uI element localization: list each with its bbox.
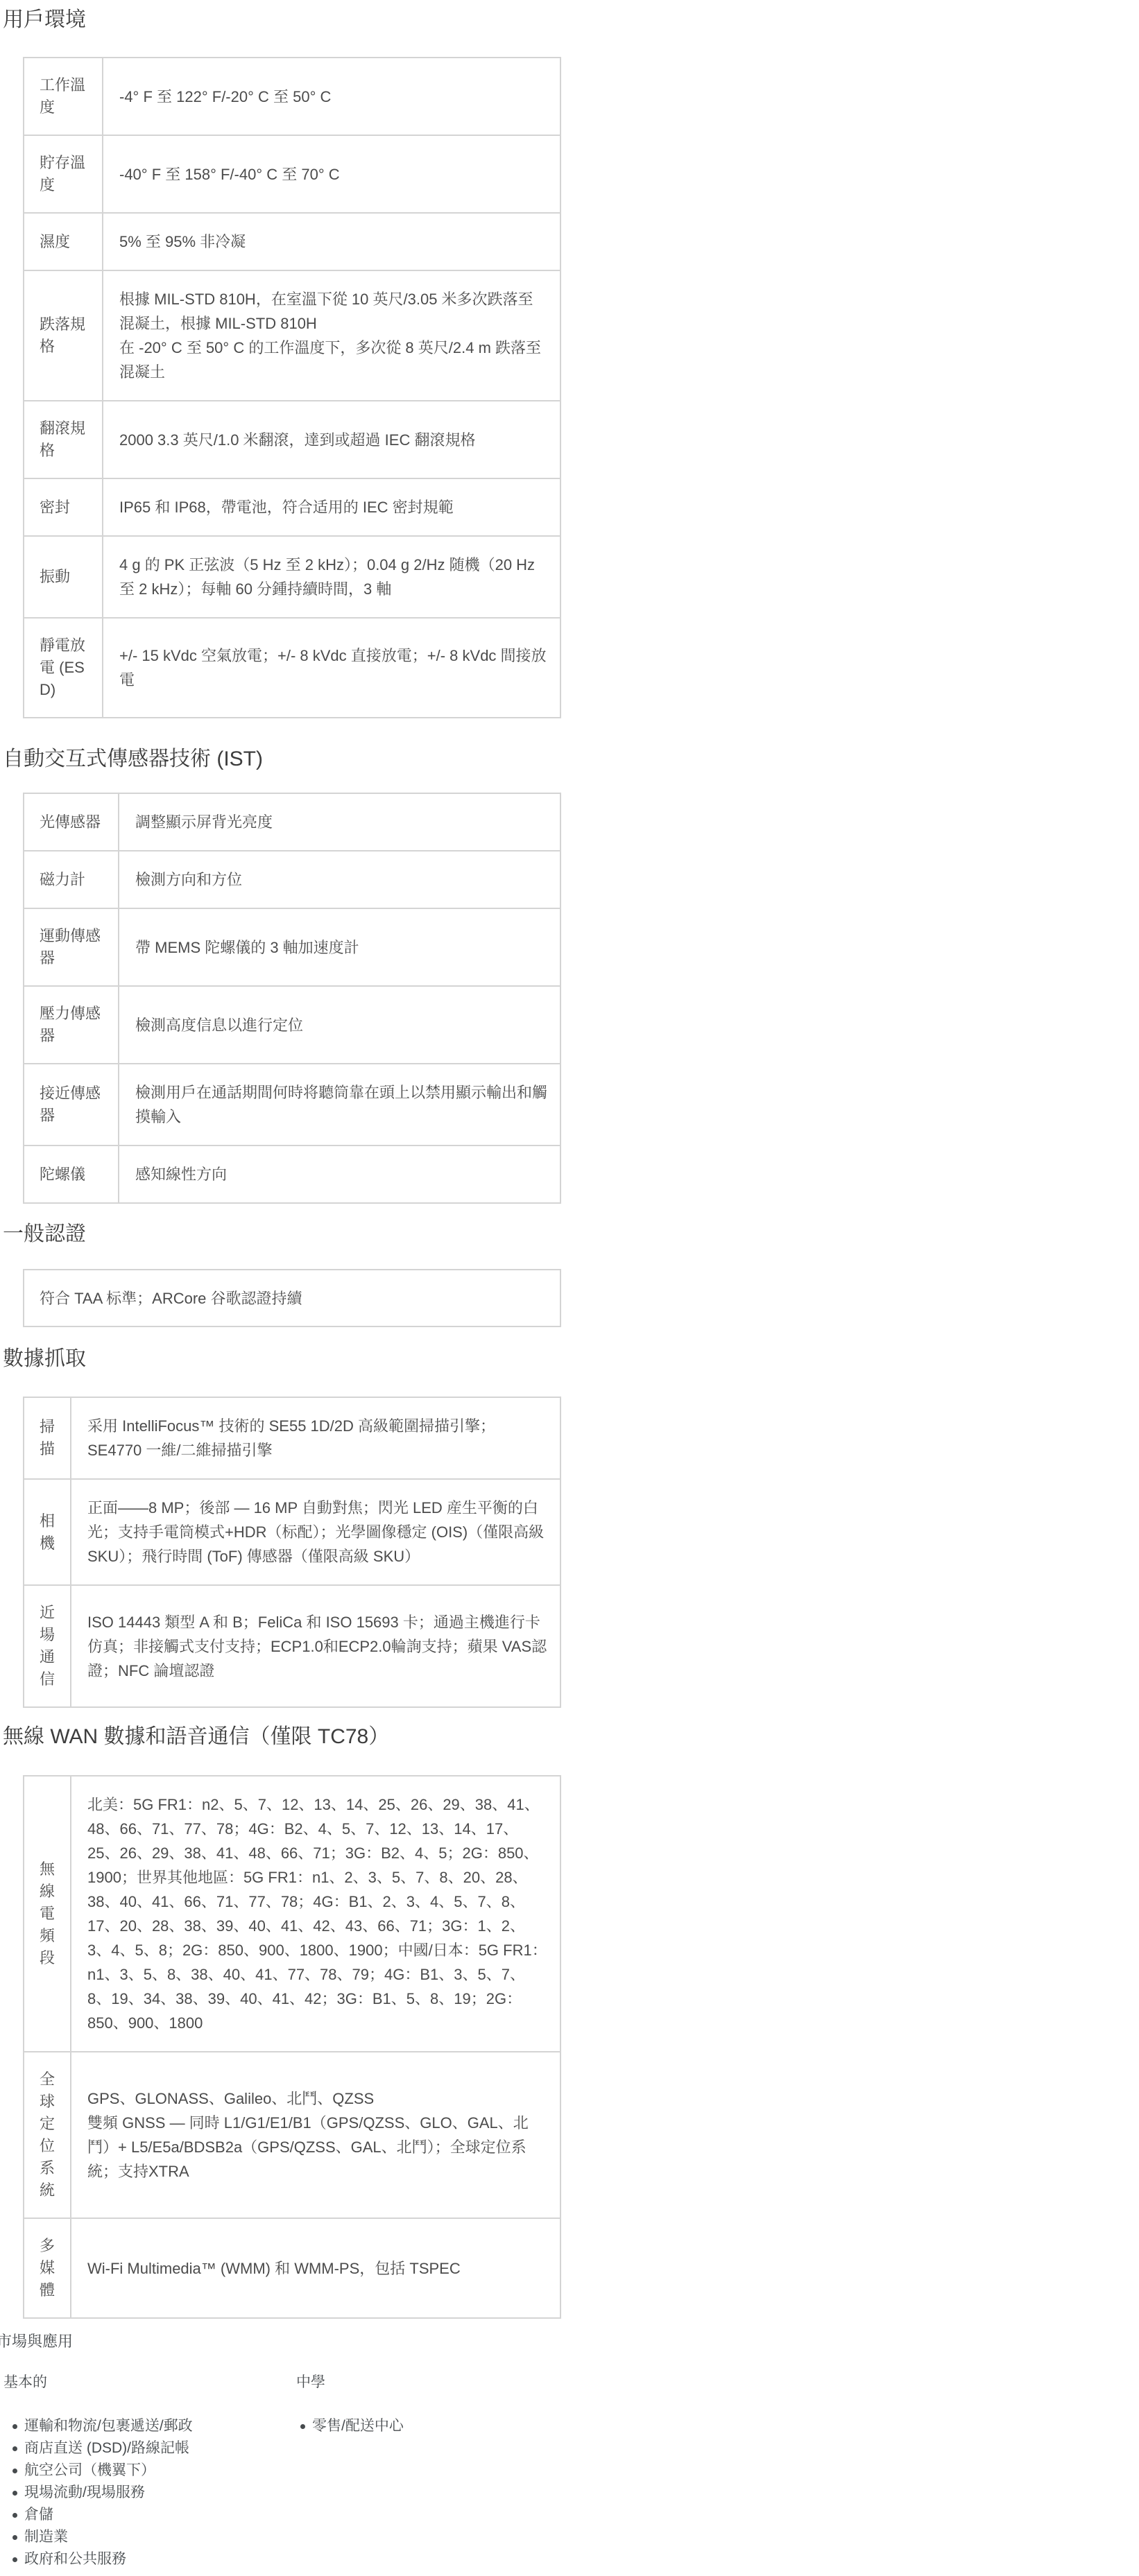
market-list-item: 零售/配送中心 — [300, 2415, 571, 2437]
table-row: 濕度 5% 至 95% 非冷凝 — [24, 213, 560, 270]
table-row: 工作溫度 -4° F 至 122° F/-20° C 至 50° C — [24, 58, 560, 135]
spec-label: 翻滾規格 — [24, 401, 103, 478]
certifications-text: 符合 TAA 标準；ARCore 谷歌認證持續 — [40, 1286, 302, 1311]
table-row: 跌落規格 根據 MIL-STD 810H，在室溫下從 10 英尺/3.05 米多… — [24, 270, 560, 401]
table-row: 振動 4 g 的 PK 正弦波（5 Hz 至 2 kHz）；0.04 g 2/H… — [24, 536, 560, 618]
table-row: 靜電放電 (ESD) +/- 15 kVdc 空氣放電；+/- 8 kVdc 直… — [24, 618, 560, 718]
spec-value: -40° F 至 158° F/-40° C 至 70° C — [103, 135, 560, 213]
table-row: 相機 正面——8 MP；後部 — 16 MP 自動對焦；閃光 LED 産生平衡的… — [24, 1479, 560, 1585]
market-list-item: 運輸和物流/包裹遞送/郵政 — [12, 2415, 283, 2437]
spec-value: 2000 3.3 英尺/1.0 米翻滾，達到或超過 IEC 翻滾規格 — [103, 401, 560, 478]
spec-sheet-page: { "page": { "background": "#ffffff", "te… — [0, 0, 1139, 2576]
market-list-item: 政府和公共服務 — [12, 2548, 283, 2570]
spec-value: 帶 MEMS 陀螺儀的 3 軸加速度計 — [119, 908, 560, 986]
spec-value: IP65 和 IP68，帶電池，符合适用的 IEC 密封規範 — [103, 478, 560, 536]
table-row: 壓力傳感器 檢測高度信息以進行定位 — [24, 986, 560, 1064]
spec-value: 調整顯示屏背光亮度 — [119, 793, 560, 851]
table-row: 陀螺儀 感知線性方向 — [24, 1146, 560, 1203]
spec-value: Wi-Fi Multimedia™ (WMM) 和 WMM-PS，包括 TSPE… — [71, 2218, 560, 2318]
bullet-icon — [300, 2424, 305, 2429]
spec-label: 跌落規格 — [24, 270, 103, 401]
spec-label: 無線電頻段 — [24, 1776, 71, 2052]
section-title-wireless-wan: 無線 WAN 數據和語音通信（僅限 TC78） — [3, 1722, 389, 1752]
spec-label: 壓力傳感器 — [24, 986, 119, 1064]
spec-value: 4 g 的 PK 正弦波（5 Hz 至 2 kHz）；0.04 g 2/Hz 随… — [103, 536, 560, 618]
table-row: 翻滾規格 2000 3.3 英尺/1.0 米翻滾，達到或超過 IEC 翻滾規格 — [24, 401, 560, 478]
spec-label: 接近傳感器 — [24, 1064, 119, 1146]
spec-label: 相機 — [24, 1479, 71, 1585]
market-list-item: 現場流動/現場服務 — [12, 2482, 283, 2504]
table-row: 接近傳感器 檢測用戶在通話期間何時将聽筒靠在頭上以禁用顯示輸出和觸摸輸入 — [24, 1064, 560, 1146]
section-title-user-environment: 用戶環境 — [3, 5, 86, 35]
table-row: 密封 IP65 和 IP68，帶電池，符合适用的 IEC 密封規範 — [24, 478, 560, 536]
spec-value: 檢測方向和方位 — [119, 851, 560, 908]
table-row: 多媒體 Wi-Fi Multimedia™ (WMM) 和 WMM-PS，包括 … — [24, 2218, 560, 2318]
market-list-item: 商店直送 (DSD)/路線記帳 — [12, 2437, 283, 2460]
spec-value: 根據 MIL-STD 810H，在室溫下從 10 英尺/3.05 米多次跌落至混… — [103, 270, 560, 401]
spec-value: 采用 IntelliFocus™ 技術的 SE55 1D/2D 高級範圍掃描引擎… — [71, 1397, 560, 1479]
spec-value: 5% 至 95% 非冷凝 — [103, 213, 560, 270]
market-item-label: 現場流動/現場服務 — [24, 2484, 145, 2500]
spec-value: -4° F 至 122° F/-20° C 至 50° C — [103, 58, 560, 135]
spec-label: 振動 — [24, 536, 103, 618]
table-row: 磁力計 檢測方向和方位 — [24, 851, 560, 908]
bullet-icon — [12, 2557, 17, 2562]
spec-label: 多媒體 — [24, 2218, 71, 2318]
table-row: 運動傳感器 帶 MEMS 陀螺儀的 3 軸加速度計 — [24, 908, 560, 986]
market-list-item: 航空公司（機翼下） — [12, 2460, 283, 2482]
markets-heading: 市場與應用 — [0, 2331, 73, 2352]
section-title-certifications: 一般認證 — [3, 1219, 86, 1250]
spec-label: 陀螺儀 — [24, 1146, 119, 1203]
spec-label: 磁力計 — [24, 851, 119, 908]
markets-primary-title: 基本的 — [3, 2372, 47, 2393]
spec-label: 近場通信 — [24, 1585, 71, 1707]
bullet-icon — [12, 2424, 17, 2429]
bullet-icon — [12, 2469, 17, 2473]
spec-label: 密封 — [24, 478, 103, 536]
spec-label: 工作溫度 — [24, 58, 103, 135]
spec-label: 靜電放電 (ESD) — [24, 618, 103, 718]
spec-label: 貯存溫度 — [24, 135, 103, 213]
market-item-label: 運輸和物流/包裹遞送/郵政 — [24, 2418, 193, 2434]
ist-table: 光傳感器 調整顯示屏背光亮度 磁力計 檢測方向和方位 運動傳感器 帶 MEMS … — [23, 793, 561, 1204]
spec-value: +/- 15 kVdc 空氣放電；+/- 8 kVdc 直接放電；+/- 8 k… — [103, 618, 560, 718]
market-item-label: 政府和公共服務 — [24, 2551, 126, 2567]
bullet-icon — [12, 2513, 17, 2518]
market-item-label: 零售/配送中心 — [312, 2418, 404, 2434]
bullet-icon — [12, 2491, 17, 2496]
spec-value: ISO 14443 類型 A 和 B；FeliCa 和 ISO 15693 卡；… — [71, 1585, 560, 1707]
section-title-data-capture: 數據抓取 — [3, 1344, 86, 1374]
market-item-label: 倉儲 — [24, 2507, 53, 2523]
spec-value: 檢測高度信息以進行定位 — [119, 986, 560, 1064]
market-item-label: 航空公司（機翼下） — [24, 2462, 155, 2478]
markets-secondary-list: 零售/配送中心 — [300, 2415, 571, 2437]
bullet-icon — [12, 2535, 17, 2540]
spec-label: 掃描 — [24, 1397, 71, 1479]
spec-value: 正面——8 MP；後部 — 16 MP 自動對焦；閃光 LED 産生平衡的白光；… — [71, 1479, 560, 1585]
spec-value: GPS、GLONASS、Galileo、北鬥、QZSS 雙頻 GNSS — 同時… — [71, 2052, 560, 2218]
table-row: 全球定位系統 GPS、GLONASS、Galileo、北鬥、QZSS 雙頻 GN… — [24, 2052, 560, 2218]
data-capture-table: 掃描 采用 IntelliFocus™ 技術的 SE55 1D/2D 高級範圍掃… — [23, 1397, 561, 1708]
markets-secondary-title: 中學 — [296, 2372, 325, 2393]
certifications-box: 符合 TAA 标準；ARCore 谷歌認證持續 — [23, 1269, 561, 1327]
markets-primary-list: 運輸和物流/包裹遞送/郵政 商店直送 (DSD)/路線記帳 航空公司（機翼下） … — [12, 2415, 283, 2570]
spec-value: 感知線性方向 — [119, 1146, 560, 1203]
user-environment-table: 工作溫度 -4° F 至 122° F/-20° C 至 50° C 貯存溫度 … — [23, 57, 561, 718]
table-row: 近場通信 ISO 14443 類型 A 和 B；FeliCa 和 ISO 156… — [24, 1585, 560, 1707]
spec-label: 運動傳感器 — [24, 908, 119, 986]
spec-value: 檢測用戶在通話期間何時将聽筒靠在頭上以禁用顯示輸出和觸摸輸入 — [119, 1064, 560, 1146]
section-title-ist: 自動交互式傳感器技術 (IST) — [3, 744, 263, 775]
spec-label: 全球定位系統 — [24, 2052, 71, 2218]
table-row: 掃描 采用 IntelliFocus™ 技術的 SE55 1D/2D 高級範圍掃… — [24, 1397, 560, 1479]
market-list-item: 制造業 — [12, 2526, 283, 2548]
table-row: 光傳感器 調整顯示屏背光亮度 — [24, 793, 560, 851]
spec-label: 光傳感器 — [24, 793, 119, 851]
market-list-item: 倉儲 — [12, 2504, 283, 2526]
bullet-icon — [12, 2446, 17, 2451]
spec-label: 濕度 — [24, 213, 103, 270]
spec-value: 北美：5G FR1：n2、5、7、12、13、14、25、26、29、38、41… — [71, 1776, 560, 2052]
table-row: 貯存溫度 -40° F 至 158° F/-40° C 至 70° C — [24, 135, 560, 213]
market-item-label: 商店直送 (DSD)/路線記帳 — [24, 2440, 189, 2456]
market-item-label: 制造業 — [24, 2529, 68, 2545]
wireless-wan-table: 無線電頻段 北美：5G FR1：n2、5、7、12、13、14、25、26、29… — [23, 1775, 561, 2319]
table-row: 無線電頻段 北美：5G FR1：n2、5、7、12、13、14、25、26、29… — [24, 1776, 560, 2052]
